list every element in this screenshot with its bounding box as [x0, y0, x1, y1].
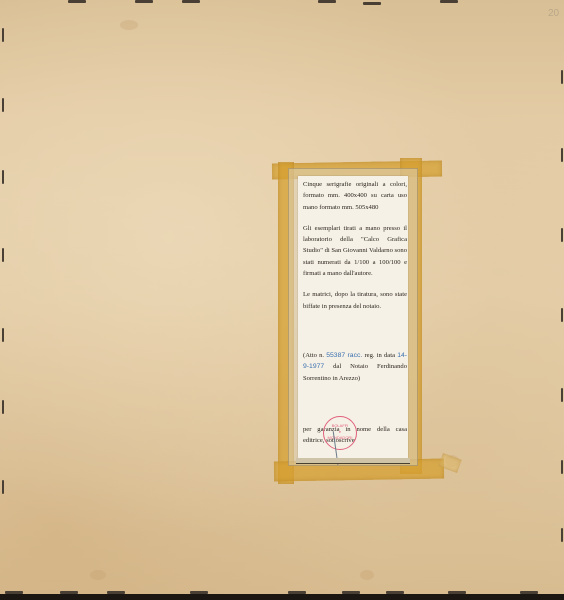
edition-label: Cinque serigrafie originali a colori, fo… [298, 176, 408, 458]
staple [182, 0, 200, 3]
notary-prefix: (Atto n. [303, 352, 324, 359]
label-edition-description: Cinque serigrafie originali a colori, fo… [303, 179, 407, 213]
label-bottom-edge [296, 458, 410, 464]
board-bottom-edge [0, 594, 564, 600]
staple [2, 28, 4, 42]
staple [561, 388, 563, 402]
staple [561, 228, 563, 242]
label-notary-act: (Atto n. 55387 racc. reg. in data 14-9-1… [303, 350, 407, 384]
staple [318, 0, 336, 3]
staple [2, 98, 4, 112]
stain [120, 20, 138, 30]
act-number-handwritten: 55387 racc. [326, 352, 362, 359]
staple [2, 170, 4, 184]
stain [90, 570, 106, 580]
staple [561, 528, 563, 542]
label-printing-details: Gli esemplari tirati a mano presso il la… [303, 223, 407, 279]
staple [561, 308, 563, 322]
label-matrices-note: Le matrici, dopo la tiratura, sono state… [303, 289, 407, 312]
staple [2, 400, 4, 414]
staple [561, 460, 563, 474]
notary-middle: reg. in data [364, 352, 395, 359]
staple [68, 0, 86, 3]
staple [363, 2, 381, 5]
staple [2, 248, 4, 262]
staple [561, 70, 563, 84]
staple [135, 0, 153, 3]
staple [2, 328, 4, 342]
staple [561, 148, 563, 162]
staple [440, 0, 458, 3]
stain [360, 570, 374, 580]
staple [2, 480, 4, 494]
pencil-mark: 20 [548, 8, 559, 19]
